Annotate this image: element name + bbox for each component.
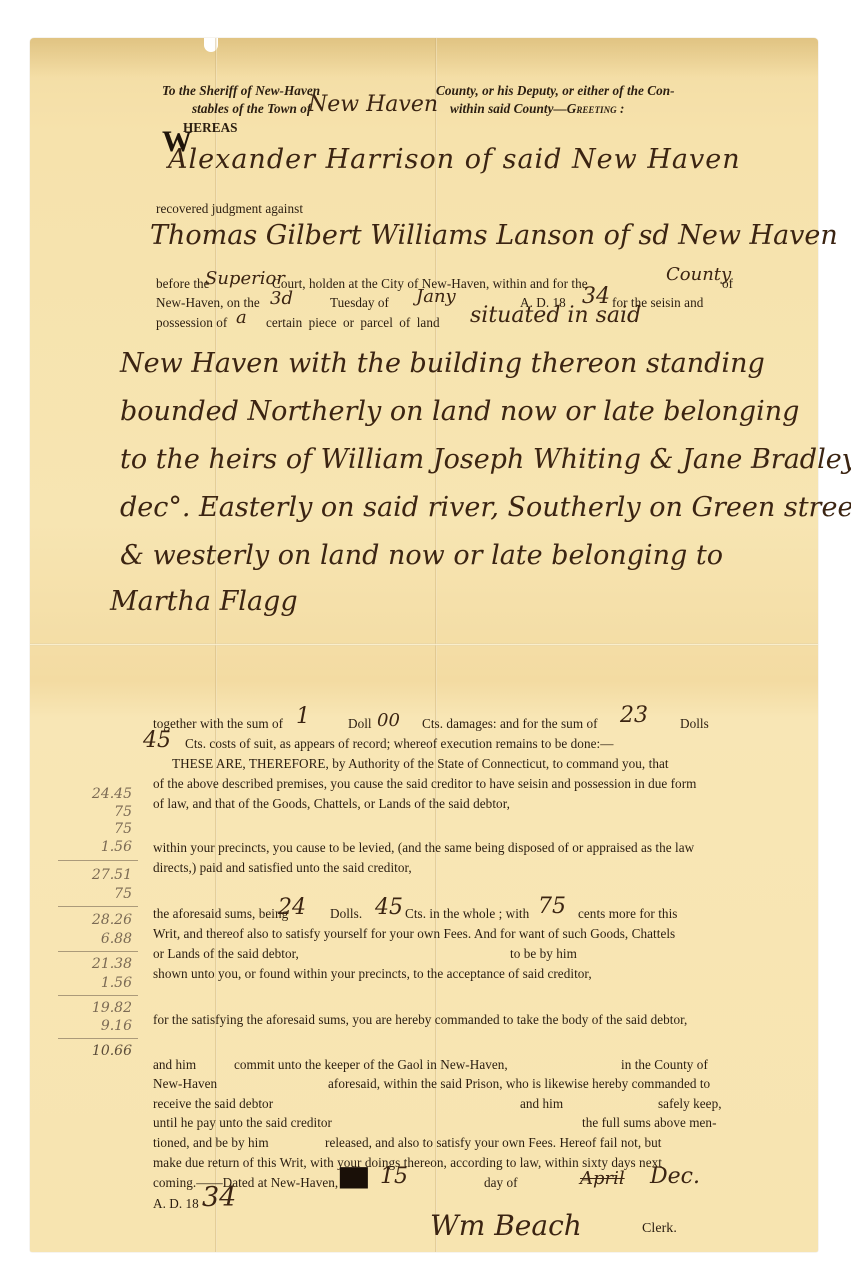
hand-day: 3d	[270, 290, 293, 308]
hand-land-line-1: New Haven with the building thereon stan…	[120, 350, 765, 377]
line13-a: receive the said debtor	[153, 1097, 273, 1110]
header-line2-left: stables of the Town of	[192, 102, 311, 115]
pencil-value: 10.66	[62, 1044, 132, 1058]
header-within-county: within said County—	[450, 101, 567, 116]
cts-damages-text: Cts. damages: and for the sum of	[422, 717, 598, 730]
hand-costs-dolls: 23	[620, 705, 648, 727]
body-line-8-right: to be by him	[510, 947, 577, 960]
of-label: of	[722, 277, 733, 290]
hand-signature: Wm Beach	[430, 1212, 582, 1240]
pencil-value: 75	[62, 822, 132, 836]
doll-label: Doll	[348, 717, 372, 730]
hand-land-line-6: Martha Flagg	[110, 588, 298, 615]
pencil-value: 24.45	[62, 787, 132, 801]
line14-b: the full sums above men-	[582, 1116, 717, 1129]
cents-more: cents more for this	[578, 907, 677, 920]
dated-at: coming.——Dated at New-Haven, this	[153, 1176, 361, 1189]
hand-month: Jany	[416, 288, 456, 306]
pencil-sum-rule	[58, 860, 138, 861]
line13-b: and him	[520, 1097, 563, 1110]
line11-b: commit unto the keeper of the Gaol in Ne…	[234, 1058, 508, 1071]
line12-a: New-Haven	[153, 1077, 217, 1090]
line12-b: aforesaid, within the said Prison, who i…	[328, 1077, 710, 1090]
dolls-label-2: Dolls.	[330, 907, 362, 920]
whereas-label: HEREAS	[183, 121, 238, 134]
hand-town-name: New Haven	[308, 94, 438, 116]
hand-land-line-5: & westerly on land now or late belonging…	[120, 542, 723, 569]
aforesaid-sums-being: the aforesaid sums, being	[153, 907, 288, 920]
pencil-value: 75	[62, 805, 132, 819]
hand-damages-cts: 00	[377, 712, 400, 730]
together-with: together with the sum of	[153, 717, 283, 730]
tuesday-of: Tuesday of	[330, 296, 389, 309]
pencil-sum-rule	[58, 995, 138, 996]
before-the: before the	[156, 277, 210, 290]
hand-situated: situated in said	[470, 305, 641, 327]
body-line-10: for the satisfying the aforesaid sums, y…	[153, 1013, 687, 1026]
header-line1-right: County, or his Deputy, or either of the …	[436, 84, 675, 97]
hand-total-dolls: 24	[278, 897, 306, 919]
pencil-value: 75	[62, 887, 132, 901]
hand-plaintiff: Alexander Harrison of said New Haven	[168, 146, 741, 173]
hand-date-year: 34	[202, 1184, 236, 1211]
hand-defendant: Thomas Gilbert Williams Lanson of sd New…	[150, 222, 838, 249]
dolls-label: Dolls	[680, 717, 709, 730]
body-line-4: within your precincts, you cause to be l…	[153, 841, 694, 854]
body-line-9: shown unto you, or found within your pre…	[153, 967, 592, 980]
body-line-2: of the above described premises, you cau…	[153, 777, 696, 790]
hand-land-line-2: bounded Northerly on land now or late be…	[120, 398, 799, 425]
these-are-line: THESE ARE, THEREFORE, by Authority of th…	[172, 757, 669, 770]
clerk-title: Clerk.	[642, 1222, 677, 1236]
hand-date-month: Dec.	[650, 1166, 700, 1188]
pencil-value: 1.56	[62, 976, 132, 990]
pencil-sum-rule	[58, 1038, 138, 1039]
line11-a: and him	[153, 1058, 196, 1071]
header-line2-right: within said County—Greeting :	[450, 102, 624, 115]
hand-a: a	[236, 309, 247, 327]
fold-crease-horizontal	[30, 643, 818, 646]
ad-18-label: A. D. 18	[153, 1197, 199, 1210]
pencil-value: 6.88	[62, 932, 132, 946]
day-of-label: day of	[484, 1176, 518, 1189]
pencil-sum-rule	[58, 951, 138, 952]
line15-b: released, and also to satisfy your own F…	[325, 1136, 662, 1149]
hand-struck-day: ██	[340, 1170, 368, 1188]
line14-a: until he pay unto the said creditor	[153, 1116, 332, 1129]
pencil-value: 21.38	[62, 957, 132, 971]
hand-costs-cts: 45	[143, 730, 171, 752]
pencil-value: 1.56	[62, 840, 132, 854]
line13-c: safely keep,	[658, 1097, 722, 1110]
hand-struck-month: April	[580, 1170, 625, 1188]
pencil-value: 19.82	[62, 1001, 132, 1015]
hand-writ-cents: 75	[538, 896, 566, 918]
pencil-value: 28.26	[62, 913, 132, 927]
hand-land-line-3: to the heirs of William Joseph Whiting &…	[120, 446, 851, 473]
costs-text: Cts. costs of suit, as appears of record…	[185, 737, 613, 750]
body-line-3: of law, and that of the Goods, Chattels,…	[153, 797, 510, 810]
hand-damages-dolls: 1	[296, 706, 310, 728]
pencil-value: 27.51	[62, 868, 132, 882]
certain-piece-text: certain piece or parcel of land	[266, 316, 440, 329]
hand-land-line-4: dec°. Easterly on said river, Southerly …	[120, 494, 851, 521]
hand-total-cts: 45	[375, 897, 403, 919]
possession-of: possession of	[156, 316, 227, 329]
body-line-5: directs,) paid and satisfied unto the sa…	[153, 861, 412, 874]
greeting: Greeting :	[567, 101, 625, 116]
recovered-judgment-label: recovered judgment against	[156, 202, 303, 215]
header-line1-left: To the Sheriff of New-Haven	[162, 84, 320, 97]
cts-in-whole: Cts. in the whole ; with	[405, 907, 529, 920]
pencil-sum-rule	[58, 906, 138, 907]
pencil-value: 9.16	[62, 1019, 132, 1033]
line11-c: in the County of	[621, 1058, 708, 1071]
hand-date-day: 15	[380, 1166, 408, 1188]
line15-a: tioned, and be by him	[153, 1136, 269, 1149]
body-line-8-left: or Lands of the said debtor,	[153, 947, 299, 960]
body-line-7: Writ, and thereof also to satisfy yourse…	[153, 927, 675, 940]
